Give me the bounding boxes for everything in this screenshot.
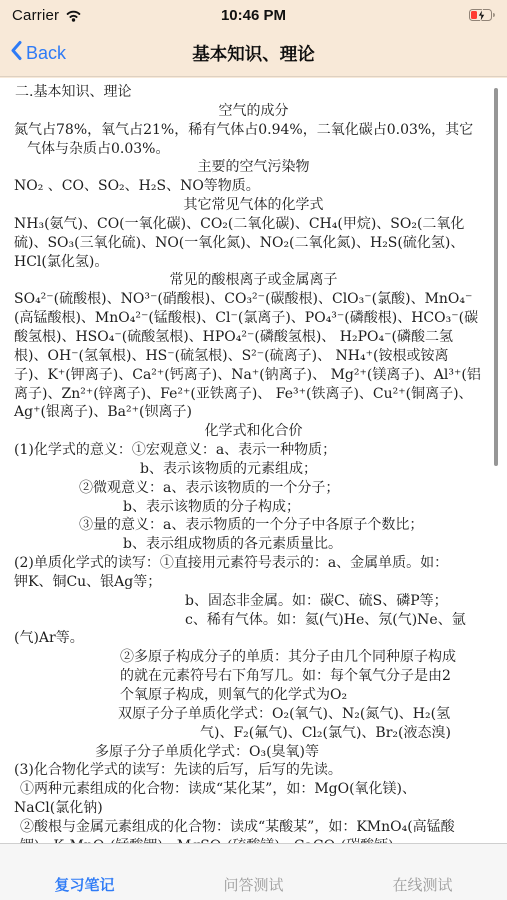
note-line: SO₄²⁻(硫酸根)、NO³⁻(硝酸根)、CO₃²⁻(碳酸根)、ClO₃⁻(氯酸… — [0, 290, 507, 309]
note-line: c、稀有气体。如：氦(气)He、氖(气)Ne、氩 — [0, 611, 507, 630]
tab-online-test[interactable]: 在线测试 — [338, 844, 507, 900]
note-line: 酸氢根)、HSO₄⁻(硫酸氢根)、HPO₄²⁻(磷酸氢根)、 H₂PO₄⁻(磷酸… — [0, 328, 507, 347]
tab-review-notes[interactable]: 复习笔记 — [0, 844, 169, 900]
note-line: 个氧原子构成，则氧气的化学式为O₂ — [0, 686, 507, 705]
note-line: NO₂ 、CO、SO₂、H₂S、NO等物质。 — [0, 177, 507, 196]
battery-icon — [469, 9, 495, 21]
page-title: 基本知识、理论 — [0, 41, 507, 66]
note-line: 常见的酸根离子或金属离子 — [0, 271, 507, 290]
note-line: b、表示组成物质的各元素质量比。 — [0, 535, 507, 554]
note-line: ①两种元素组成的化合物：读成“某化某”，如：MgO(氧化镁)、 — [0, 780, 507, 799]
note-line: 气体与杂质占0.03%。 — [0, 140, 507, 159]
note-line: Ag⁺(银离子)、Ba²⁺(钡离子) — [0, 403, 507, 422]
note-line: (气)Ar等。 — [0, 629, 507, 648]
note-line: (1)化学式的意义：①宏观意义：a、表示一种物质； — [0, 441, 507, 460]
note-line: 氮气占78%，氧气占21%，稀有气体占0.94%，二氧化碳占0.03%，其它 — [0, 121, 507, 140]
note-line: HCl(氯化氢)。 — [0, 253, 507, 272]
note-line: 二.基本知识、理论 — [0, 83, 507, 102]
note-line: (高锰酸根)、MnO₄²⁻(锰酸根)、Cl⁻(氯离子)、PO₄³⁻(磷酸根)、H… — [0, 309, 507, 328]
note-line: 双原子分子单质化学式：O₂(氧气)、N₂(氮气)、H₂(氢 — [0, 705, 507, 724]
nav-bar: Back 基本知识、理论 — [0, 30, 507, 77]
note-line: 子)、K⁺(钾离子)、Ca²⁺(钙离子)、Na⁺(钠离子)、 Mg²⁺(镁离子)… — [0, 366, 507, 385]
note-line: ③量的意义：a、表示物质的一个分子中各原子个数比； — [0, 516, 507, 535]
note-line: 空气的成分 — [0, 102, 507, 121]
note-line: 气)、F₂(氟气)、Cl₂(氯气)、Br₂(液态溴) — [0, 724, 507, 743]
notes-scroll-area[interactable]: 二.基本知识、理论空气的成分氮气占78%，氧气占21%，稀有气体占0.94%，二… — [0, 78, 507, 843]
note-line: NaCl(氯化钠) — [0, 799, 507, 818]
note-line: 主要的空气污染物 — [0, 158, 507, 177]
note-line: b、表示该物质的元素组成； — [0, 460, 507, 479]
note-line: 多原子分子单质化学式：O₃(臭氧)等 — [0, 743, 507, 762]
charging-bolt-icon — [477, 9, 486, 27]
note-line: b、固态非金属。如：碳C、硫S、磷P等； — [0, 592, 507, 611]
note-line: 根)、OH⁻(氢氧根)、HS⁻(硫氢根)、S²⁻(硫离子)、 NH₄⁺(铵根或铵… — [0, 347, 507, 366]
tab-bar: 复习笔记 问答测试 在线测试 — [0, 843, 507, 900]
note-line: NH₃(氨气)、CO(一氧化碳)、CO₂(二氧化碳)、CH₄(甲烷)、SO₂(二… — [0, 215, 507, 234]
tab-qa-test[interactable]: 问答测试 — [169, 844, 338, 900]
app-screen: Carrier 10:46 PM — [0, 0, 507, 900]
back-chevron-icon — [10, 40, 22, 66]
note-line: 化学式和化合价 — [0, 422, 507, 441]
note-line: 硫)、SO₃(三氧化硫)、NO(一氧化氮)、NO₂(二氧化氮)、H₂S(硫化氢)… — [0, 234, 507, 253]
note-line: (2)单质化学式的读写：①直接用元素符号表示的：a、金属单质。如： — [0, 554, 507, 573]
note-line: ②微观意义：a、表示该物质的一个分子； — [0, 479, 507, 498]
note-line: 离子)、Zn²⁺(锌离子)、Fe²⁺(亚铁离子)、 Fe³⁺(铁离子)、Cu²⁺… — [0, 385, 507, 404]
note-lines: 二.基本知识、理论空气的成分氮气占78%，氧气占21%，稀有气体占0.94%，二… — [0, 78, 507, 843]
note-line: b、表示该物质的分子构成； — [0, 498, 507, 517]
back-label: Back — [26, 43, 66, 64]
note-line: 的就在元素符号右下角写几。如：每个氧气分子是由2 — [0, 667, 507, 686]
status-bar: Carrier 10:46 PM — [0, 0, 507, 30]
note-line: 其它常见气体的化学式 — [0, 196, 507, 215]
back-button[interactable]: Back — [10, 40, 66, 66]
note-line: ②多原子构成分子的单质：其分子由几个同种原子构成 — [0, 648, 507, 667]
note-line: 钾K、铜Cu、银Ag等； — [0, 573, 507, 592]
note-line: (3)化合物化学式的读写：先读的后写，后写的先读。 — [0, 761, 507, 780]
note-line: ②酸根与金属元素组成的化合物：读成“某酸某”，如：KMnO₄(高锰酸 — [0, 818, 507, 837]
scrollbar-thumb[interactable] — [494, 88, 498, 466]
status-time: 10:46 PM — [0, 7, 507, 24]
